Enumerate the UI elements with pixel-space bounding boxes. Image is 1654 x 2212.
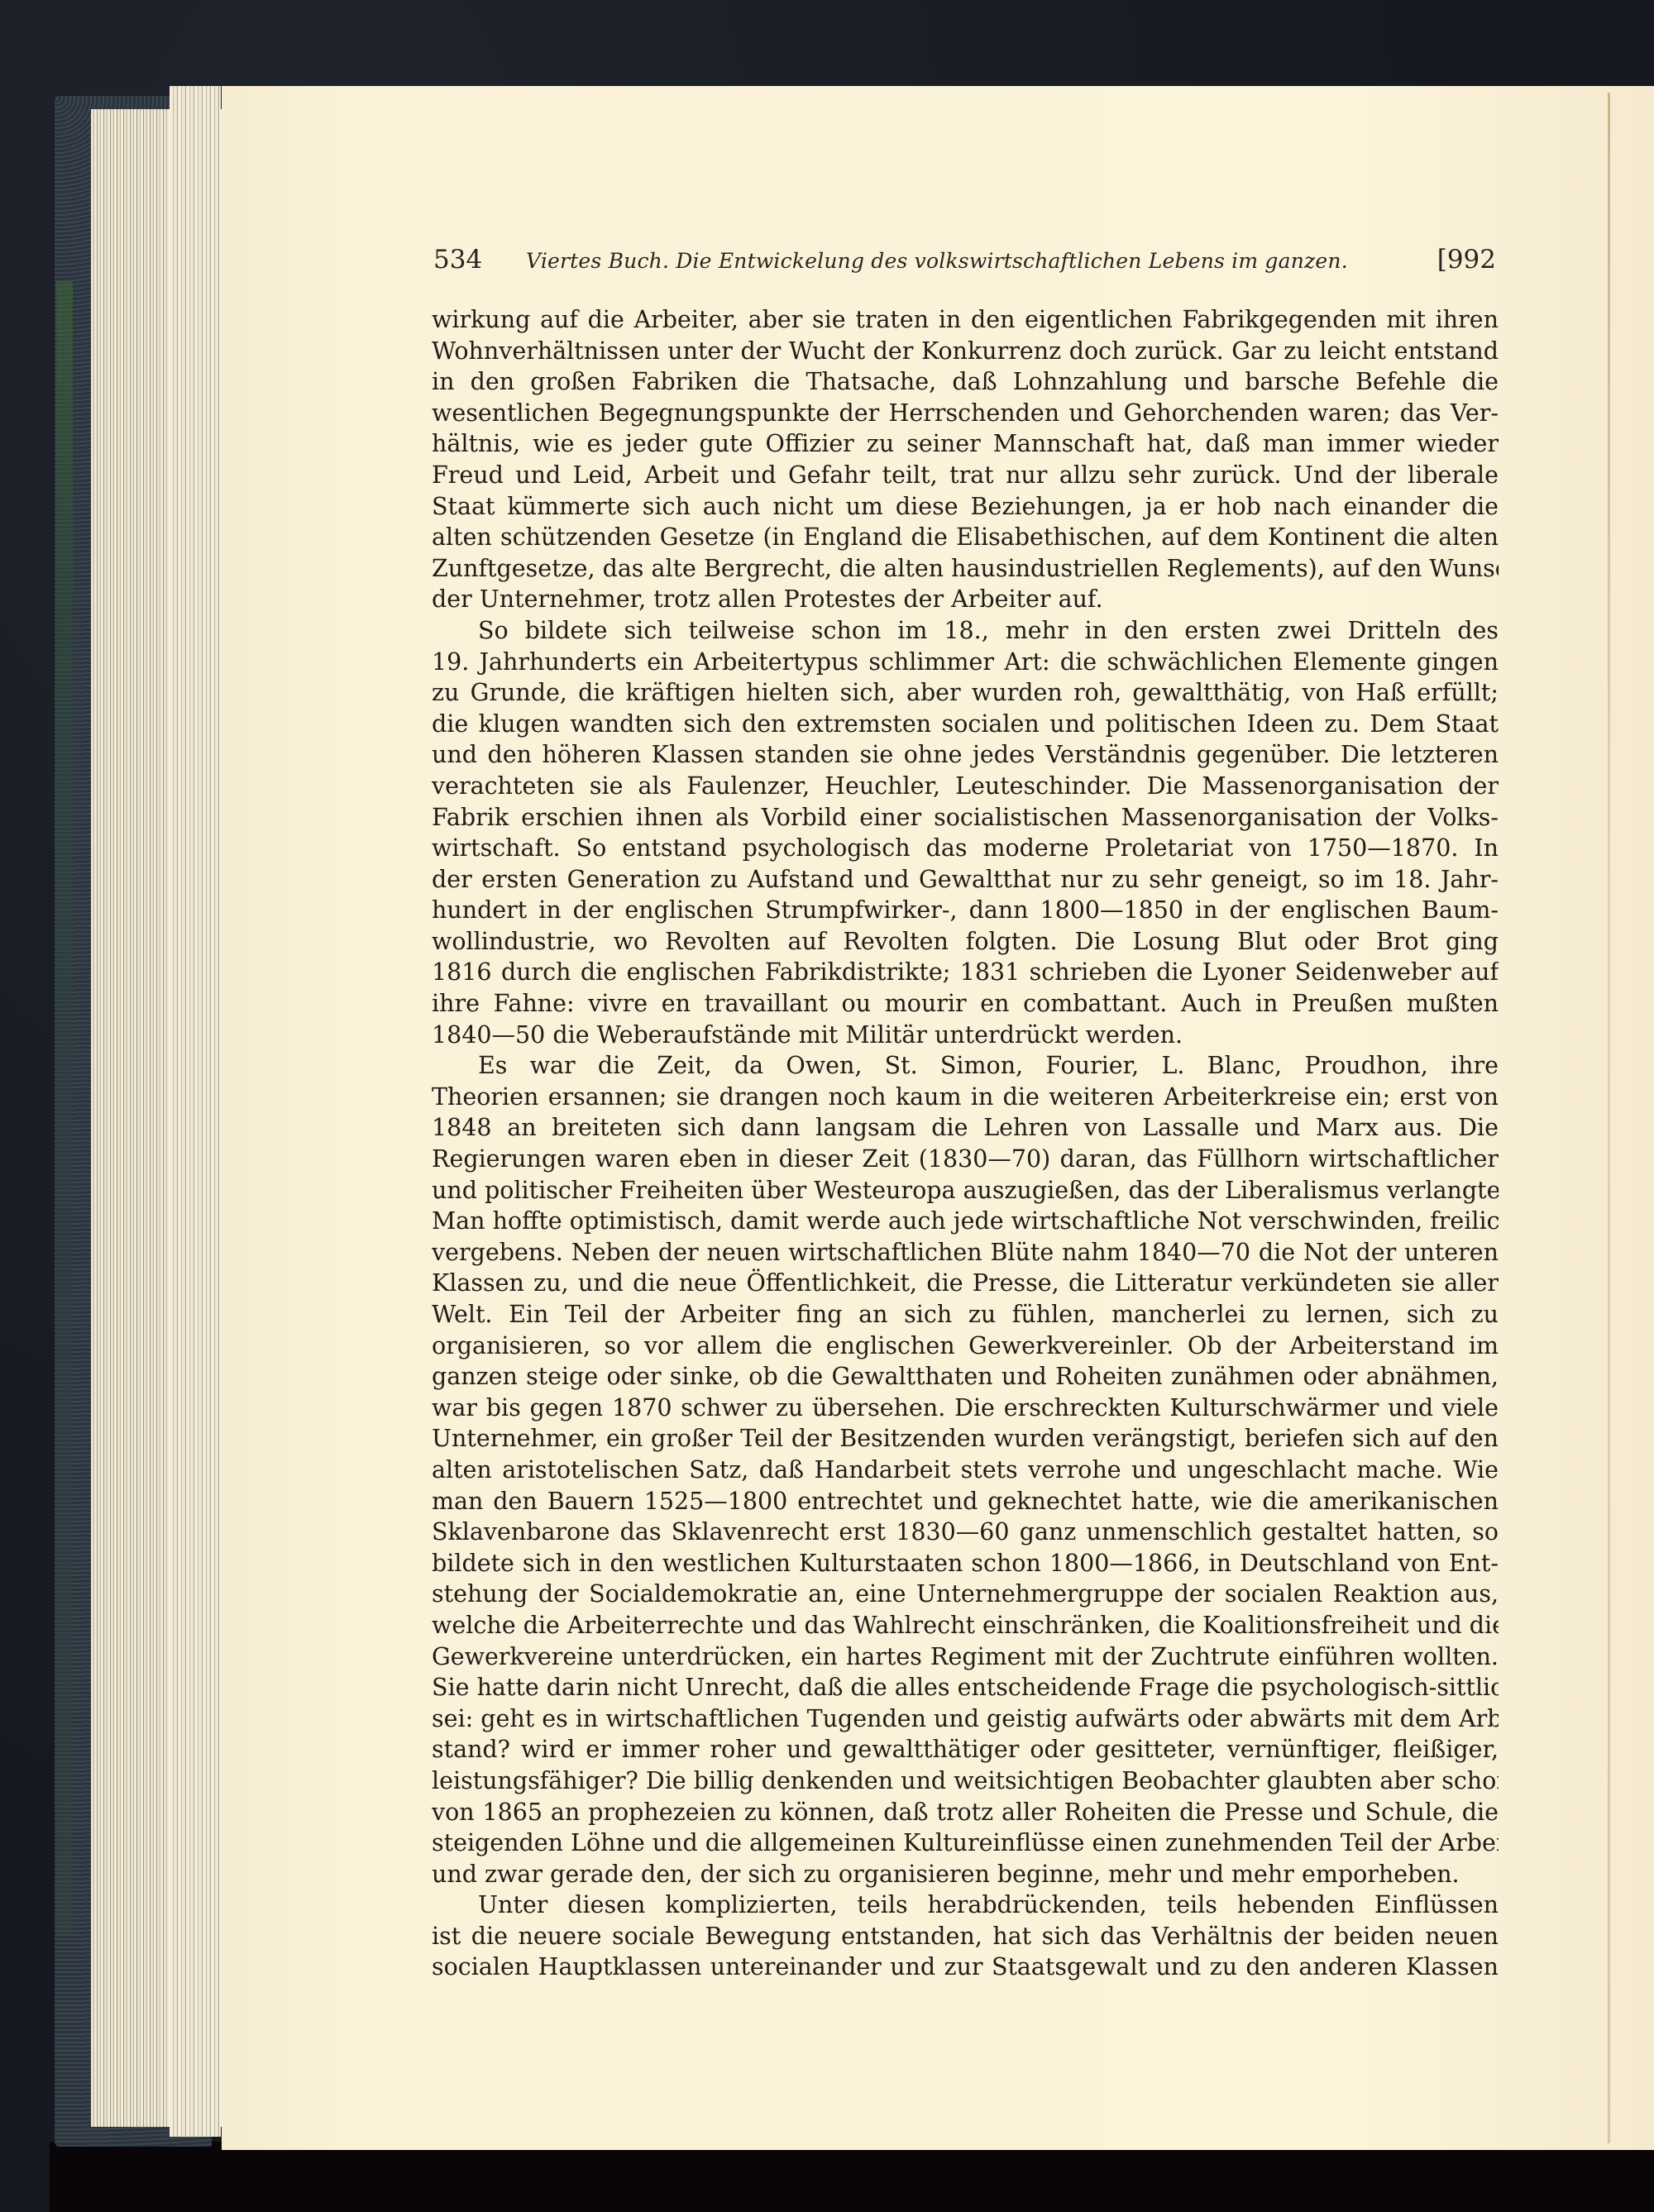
- text-line: hältnis, wie es jeder gute Offizier zu s…: [432, 428, 1499, 460]
- paragraph: So bildete sich teilweise schon im 18., …: [432, 615, 1499, 1050]
- text-line: wesentlichen Begegnungspunkte der Herrsc…: [432, 398, 1499, 429]
- paragraph: Es war die Zeit, da Owen, St. Simon, Fou…: [432, 1050, 1499, 1890]
- text-line: war bis gegen 1870 schwer zu übersehen. …: [432, 1393, 1499, 1424]
- body-text: wirkung auf die Arbeiter, aber sie trate…: [432, 304, 1499, 1983]
- text-line: 1816 durch die englischen Fabrikdistrikt…: [432, 957, 1499, 988]
- paragraph: Unter diesen komplizierten, teils herabd…: [432, 1890, 1499, 1983]
- text-line: ganzen steige oder sinke, ob die Gewaltt…: [432, 1361, 1499, 1393]
- text-line: verachteten sie als Faulenzer, Heuchler,…: [432, 771, 1499, 802]
- text-line: steigenden Löhne und die allgemeinen Kul…: [432, 1827, 1499, 1859]
- text-line: stand? wird er immer roher und gewaltthä…: [432, 1734, 1499, 1765]
- text-line: der ersten Generation zu Aufstand und Ge…: [432, 864, 1499, 896]
- text-line: leistungsfähiger? Die billig denkenden u…: [432, 1765, 1499, 1797]
- text-line: 1848 an breiteten sich dann langsam die …: [432, 1112, 1499, 1144]
- text-line: wollindustrie, wo Revolten auf Revolten …: [432, 926, 1499, 958]
- text-line: organisieren, so vor allem die englische…: [432, 1331, 1499, 1362]
- text-line: die klugen wandten sich den extremsten s…: [432, 709, 1499, 740]
- text-line: Klassen zu, und die neue Öffentlichkeit,…: [432, 1268, 1499, 1299]
- text-line: und den höheren Klassen standen sie ohne…: [432, 739, 1499, 771]
- text-line: stehung der Socialdemokratie an, eine Un…: [432, 1579, 1499, 1610]
- text-line: Es war die Zeit, da Owen, St. Simon, Fou…: [432, 1050, 1499, 1082]
- text-line: bildete sich in den westlichen Kultursta…: [432, 1548, 1499, 1579]
- text-line: 1840—50 die Weberaufstände mit Militär u…: [432, 1020, 1499, 1051]
- text-line: Zunftgesetze, das alte Bergrecht, die al…: [432, 553, 1499, 585]
- page-edges-front: [170, 86, 221, 2137]
- text-line: Wohnverhältnissen unter der Wucht der Ko…: [432, 336, 1499, 367]
- text-line: von 1865 an prophezeien zu können, daß t…: [432, 1797, 1499, 1828]
- running-head: Viertes Buch. Die Entwickelung des volks…: [526, 249, 1437, 273]
- text-line: sei: geht es in wirtschaftlichen Tugende…: [432, 1703, 1499, 1735]
- text-line: hundert in der englischen Strumpfwirker-…: [432, 895, 1499, 926]
- text-line: alten schützenden Gesetze (in England di…: [432, 522, 1499, 553]
- page-number: 534: [433, 245, 526, 275]
- cover-discoloration: [56, 281, 73, 1935]
- text-line: vergebens. Neben der neuen wirtschaftlic…: [432, 1237, 1499, 1268]
- text-line: und zwar gerade den, der sich zu organis…: [432, 1859, 1499, 1890]
- text-line: Gewerkvereine unterdrücken, ein hartes R…: [432, 1641, 1499, 1673]
- text-line: wirkung auf die Arbeiter, aber sie trate…: [432, 304, 1499, 336]
- text-line: Freud und Leid, Arbeit und Gefahr teilt,…: [432, 460, 1499, 491]
- folio-number: [992: [1437, 245, 1496, 275]
- text-line: So bildete sich teilweise schon im 18., …: [432, 615, 1499, 647]
- text-line: Unter diesen komplizierten, teils herabd…: [432, 1890, 1499, 1921]
- text-line: Fabrik erschien ihnen als Vorbild einer …: [432, 802, 1499, 834]
- text-line: Welt. Ein Teil der Arbeiter fing an sich…: [432, 1299, 1499, 1331]
- text-line: socialen Hauptklassen untereinander und …: [432, 1952, 1499, 1983]
- table-shadow: [50, 2142, 1654, 2212]
- text-line: alten aristotelischen Satz, daß Handarbe…: [432, 1455, 1499, 1486]
- text-line: wirtschaft. So entstand psychologisch da…: [432, 833, 1499, 864]
- paragraph: wirkung auf die Arbeiter, aber sie trate…: [432, 304, 1499, 615]
- text-line: Staat kümmerte sich auch nicht um diese …: [432, 491, 1499, 523]
- text-line: Unternehmer, ein großer Teil der Besitze…: [432, 1423, 1499, 1455]
- text-line: ist die neuere sociale Bewegung entstand…: [432, 1921, 1499, 1952]
- text-line: Sklavenbarone das Sklavenrecht erst 1830…: [432, 1517, 1499, 1548]
- text-line: ihre Fahne: vivre en travaillant ou mour…: [432, 988, 1499, 1020]
- text-line: 19. Jahrhunderts ein Arbeitertypus schli…: [432, 647, 1499, 678]
- page-header: 534 Viertes Buch. Die Entwickelung des v…: [433, 245, 1496, 284]
- text-line: zu Grunde, die kräftigen hielten sich, a…: [432, 677, 1499, 709]
- text-line: man den Bauern 1525—1800 entrechtet und …: [432, 1486, 1499, 1517]
- text-line: in den großen Fabriken die Thatsache, da…: [432, 366, 1499, 398]
- text-line: Theorien ersannen; sie drangen noch kaum…: [432, 1082, 1499, 1113]
- page-fold: [1608, 93, 1610, 2143]
- text-line: Sie hatte darin nicht Unrecht, daß die a…: [432, 1672, 1499, 1703]
- text-line: und politischer Freiheiten über Westeuro…: [432, 1175, 1499, 1206]
- text-line: Man hoffte optimistisch, damit werde auc…: [432, 1206, 1499, 1237]
- text-line: Regierungen waren eben in dieser Zeit (1…: [432, 1144, 1499, 1175]
- text-line: der Unternehmer, trotz allen Protestes d…: [432, 584, 1499, 615]
- text-line: welche die Arbeiterrechte und das Wahlre…: [432, 1610, 1499, 1641]
